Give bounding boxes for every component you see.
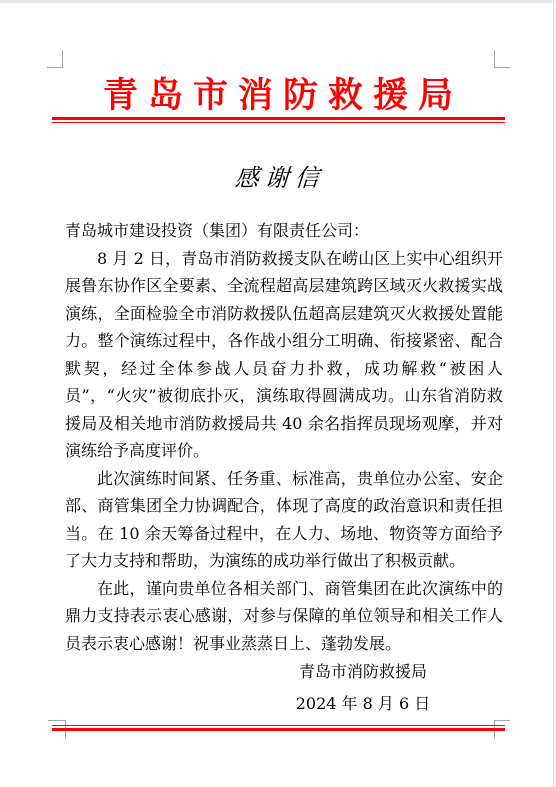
body-paragraph: 此次演练时间紧、任务重、标准高，贵单位办公室、安企部、商管集团全力协调配合，体现… xyxy=(65,465,503,575)
letterhead-title: 青岛市消防救援局 xyxy=(0,68,556,118)
footer-divider xyxy=(52,725,505,731)
letterhead-divider-thin-line xyxy=(52,122,505,123)
letterhead-divider-thick-line xyxy=(52,117,505,120)
signature-block: 青岛市消防救援局 2024 年 8 月 6 日 xyxy=(273,662,453,714)
body-paragraph: 8 月 2 日，青岛市消防救援支队在崂山区上实中心组织开展鲁东协作区全要素、全流… xyxy=(65,245,503,465)
letterhead-divider xyxy=(52,117,505,123)
viewer-top-edge xyxy=(0,0,556,3)
salutation: 青岛城市建设投资（集团）有限责任公司： xyxy=(65,217,503,245)
margin-mark-top-right xyxy=(494,50,510,68)
page-right-edge xyxy=(553,3,554,787)
signature-organization: 青岛市消防救援局 xyxy=(273,662,453,682)
footer-divider-thin-line xyxy=(52,725,505,726)
margin-mark-top-left xyxy=(47,50,63,68)
letter-title: 感谢信 xyxy=(0,158,556,193)
document-page: 青岛市消防救援局 感谢信 青岛城市建设投资（集团）有限责任公司： 8 月 2 日… xyxy=(0,0,556,787)
signature-date: 2024 年 8 月 6 日 xyxy=(273,694,453,714)
body-paragraph: 在此，谨向贵单位各相关部门、商管集团在此次演练中的鼎力支持表示衷心感谢，对参与保… xyxy=(65,575,503,658)
footer-divider-thick-line xyxy=(52,728,505,731)
letter-body: 青岛城市建设投资（集团）有限责任公司： 8 月 2 日，青岛市消防救援支队在崂山… xyxy=(65,217,503,657)
